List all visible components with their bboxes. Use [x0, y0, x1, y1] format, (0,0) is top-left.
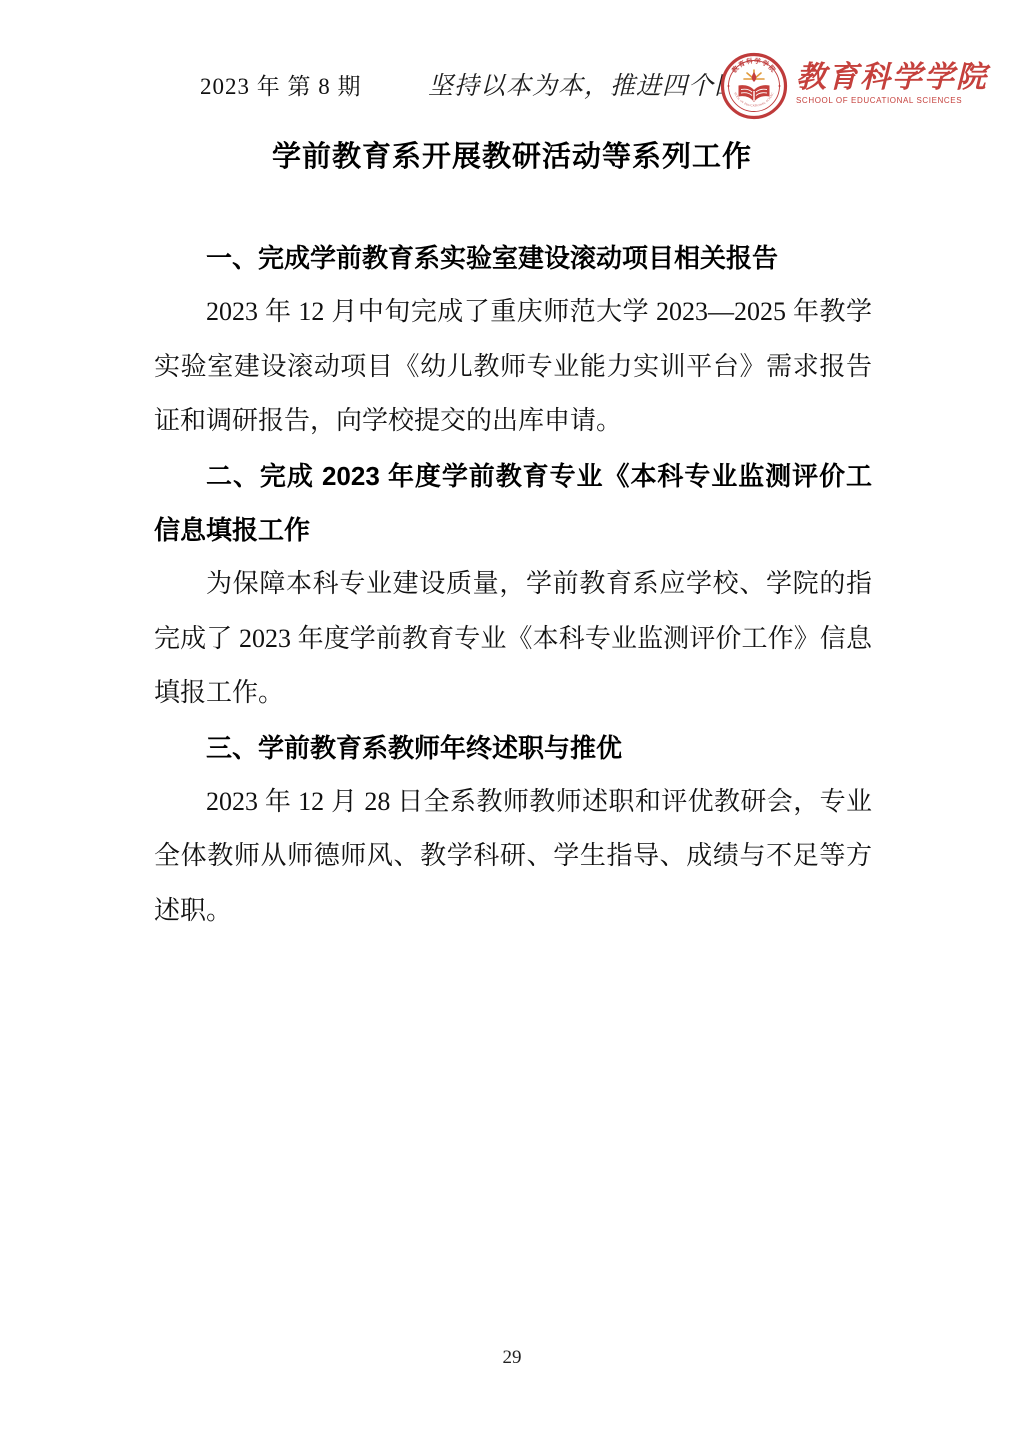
school-name-en: SCHOOL OF EDUCATIONAL SCIENCES	[796, 96, 988, 105]
page-number: 29	[0, 1347, 1024, 1369]
section-1-heading: 一、完成学前教育系实验室建设滚动项目相关报告	[154, 231, 872, 285]
document-body: 一、完成学前教育系实验室建设滚动项目相关报告 2023 年 12 月中旬完成了重…	[154, 231, 872, 938]
paragraph-2-line-1: 为保障本科专业建设质量，学前教育系应学校、学院的指导，	[154, 557, 872, 611]
section-3-heading: 三、学前教育系教师年终述职与推优	[154, 721, 872, 775]
paragraph-2-line-3: 填报工作。	[154, 666, 872, 720]
paragraph-3-line-1: 2023 年 12 月 28 日全系教师教师述职和评优教研会，专业	[154, 775, 872, 829]
document-title: 学前教育系开展教研活动等系列工作	[0, 134, 1024, 175]
school-motto: 坚持以本为本，推进四个回归	[428, 66, 766, 102]
school-logo: 教育科学学院 SCHOOL OF EDUCATIONAL SCIENCES	[720, 52, 988, 120]
paragraph-3-line-2: 全体教师从师德师风、教学科研、学生指导、成绩与不足等方面	[154, 829, 872, 883]
paragraph-1-line-3: 证和调研报告，向学校提交的出库申请。	[154, 394, 872, 448]
school-seal-icon: 教育科学学院 SCHOOL OF EDUCATIONAL SCIENCES	[720, 52, 788, 120]
paragraph-1-line-1: 2023 年 12 月中旬完成了重庆师范大学 2023—2025 年教学	[154, 285, 872, 339]
document-page: 2023 年 第 8 期 坚持以本为本，推进四个回归 教育科学学院 SCHOOL…	[0, 0, 1024, 1448]
paragraph-3-line-3: 述职。	[154, 884, 872, 938]
paragraph-1-line-2: 实验室建设滚动项目《幼儿教师专业能力实训平台》需求报告论	[154, 340, 872, 394]
paragraph-2-line-2: 完成了 2023 年度学前教育专业《本科专业监测评价工作》信息	[154, 612, 872, 666]
issue-label: 2023 年 第 8 期	[200, 68, 362, 101]
section-2-heading-line-1: 二、完成 2023 年度学前教育专业《本科专业监测评价工作》	[154, 449, 872, 503]
school-name-cn: 教育科学学院	[796, 62, 988, 94]
section-2-heading-line-2: 信息填报工作	[154, 503, 872, 557]
